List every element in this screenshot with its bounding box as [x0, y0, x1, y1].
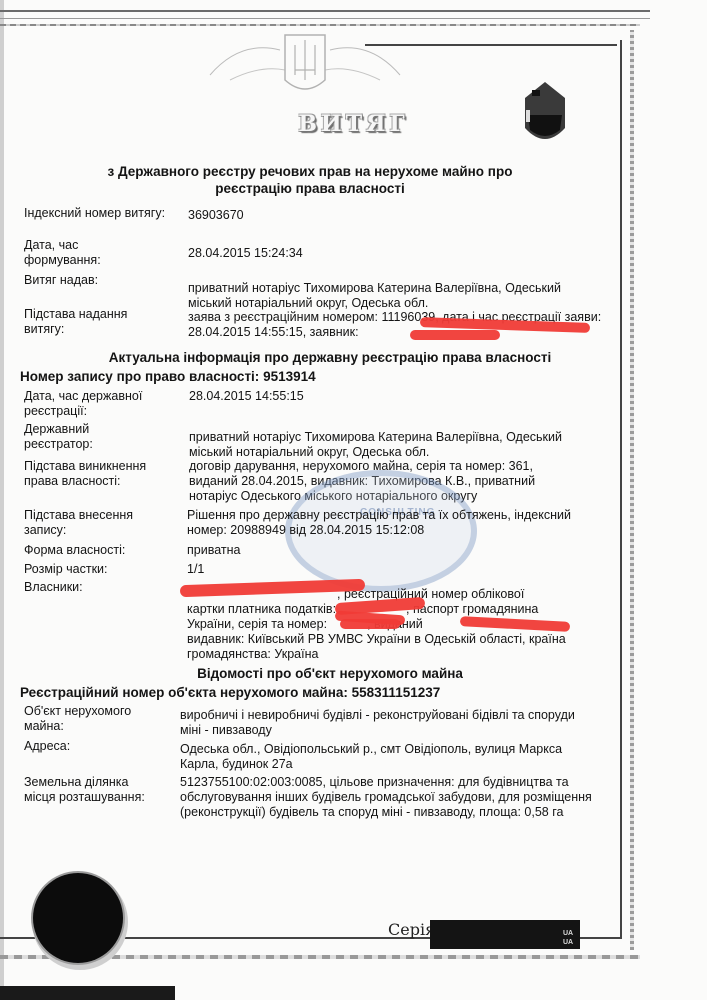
field-label: Форма власності: [24, 543, 174, 558]
record-number-value: 9513914 [263, 369, 316, 384]
property-reg-number-label: Реєстраційний номер об'єкта нерухомого м… [20, 685, 348, 700]
field-value: Одеська обл., Овідіопольський р., смт Ов… [180, 742, 590, 772]
redaction-mark [340, 619, 400, 629]
series-number-redacted [430, 920, 580, 949]
field-value: виробничі і невиробничі будівлі - реконс… [180, 708, 580, 738]
field-label: Дата, час державної реєстрації: [24, 389, 154, 419]
document-title: ВИТЯГ [0, 111, 707, 137]
field-value: приватна [187, 543, 607, 558]
top-border [0, 10, 650, 19]
field-value: 36903670 [188, 208, 608, 223]
field-label: Власники: [24, 580, 174, 595]
subtitle-line-1: з Державного реєстру речових прав на нер… [80, 163, 540, 180]
field-state-registrar: Державний реєстратор: приватний нотаріус… [24, 422, 604, 454]
field-entry-basis: Підстава внесення запису: Рішення про де… [24, 508, 604, 538]
field-label: Адреса: [24, 739, 174, 754]
section-title-registration: Актуальна інформація про державну реєстр… [60, 350, 600, 365]
field-value: Рішення про державну реєстрацію прав та … [187, 508, 612, 538]
field-label: Витяг надав: [24, 273, 174, 288]
field-label: Земельна ділянка місця розташування: [24, 775, 149, 805]
series-label: Серія [388, 920, 435, 939]
redaction-mark [410, 330, 500, 340]
right-guilloche-border [630, 30, 634, 950]
section-title-property: Відомості про об'єкт нерухомого майна [60, 666, 600, 681]
field-label: Державний реєстратор: [24, 422, 134, 452]
coat-of-arms-emblem-icon [170, 20, 440, 100]
series-code: UA [563, 930, 573, 937]
document-subtitle: з Державного реєстру речових прав на нер… [80, 163, 540, 197]
field-land-plot: Земельна ділянка місця розташування: 512… [24, 775, 604, 837]
field-value: 28.04.2015 15:24:34 [188, 246, 608, 261]
field-label: Індексний номер витягу: [24, 206, 174, 221]
field-property-object: Об'єкт нерухомого майна: виробничі і нев… [24, 704, 604, 736]
owners-line-4: видавник: Київський РВ УМВС України в Од… [187, 632, 617, 647]
field-label: Дата, час формування: [24, 238, 119, 268]
scan-shadow [0, 986, 175, 1000]
field-label: Підстава внесення запису: [24, 508, 144, 538]
field-value: 28.04.2015 14:55:15 [189, 389, 609, 404]
property-reg-number: Реєстраційний номер об'єкта нерухомого м… [20, 685, 440, 700]
field-formation-date: Дата, час формування: 28.04.2015 15:24:3… [24, 238, 604, 268]
owners-line-5: громадянства: Україна [187, 647, 617, 662]
field-label: Підстава виникнення права власності: [24, 459, 164, 489]
field-value: 5123755100:02:003:0085, цільове призначе… [180, 775, 595, 820]
registry-extract-page: ВИТЯГ з Державного реєстру речових прав … [0, 0, 707, 1000]
field-address: Адреса: Одеська обл., Овідіопольський р.… [24, 739, 604, 771]
ownership-record-number: Номер запису про право власності: 951391… [20, 369, 316, 384]
field-value: 1/1 [187, 562, 607, 577]
field-issued-by: Витяг надав: приватний нотаріус Тихомиро… [24, 273, 604, 305]
series-code: UA [563, 939, 573, 946]
record-number-label: Номер запису про право власності: [20, 369, 259, 384]
field-value: приватний нотаріус Тихомирова Катерина В… [189, 430, 609, 460]
field-label: Об'єкт нерухомого майна: [24, 704, 139, 734]
field-extract-index: Індексний номер витягу: 36903670 [24, 206, 604, 236]
notary-seal [33, 873, 123, 963]
field-label: Розмір частки: [24, 562, 174, 577]
subtitle-line-2: реєстрацію права власності [80, 180, 540, 197]
property-reg-number-value: 558311151237 [352, 685, 441, 700]
field-registration-date: Дата, час державної реєстрації: 28.04.20… [24, 389, 604, 419]
field-label: Підстава надання витягу: [24, 307, 144, 337]
